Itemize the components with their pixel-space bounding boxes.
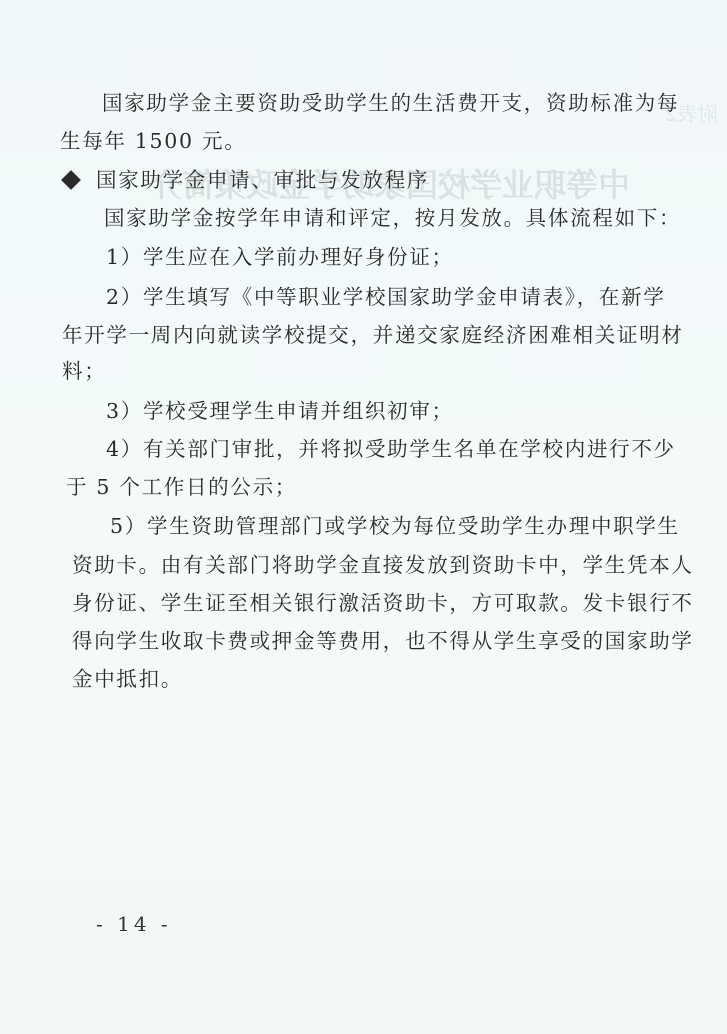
step-4-line-2: 于 5 个工作日的公示； — [66, 470, 297, 500]
document-page: 附表2 中等职业学校国家助学金政策简介 国家助学金主要资助受助学生的生活费开支，… — [0, 0, 727, 1034]
step-2-line-3: 料； — [62, 354, 106, 384]
step-5-line-5: 金中抵扣。 — [72, 662, 183, 692]
step-1: 1）学生应在入学前办理好身份证； — [106, 240, 454, 270]
step-5-line-4: 得向学生收取卡费或押金等费用，也不得从学生享受的国家助学 — [72, 624, 694, 654]
section-heading: 国家助学金申请、审批与发放程序 — [64, 163, 429, 193]
page-number: - 14 - — [96, 912, 172, 936]
step-2-line-2: 年开学一周内向就读学校提交，并递交家庭经济困难相关证明材 — [62, 318, 684, 348]
step-3: 3）学校受理学生申请并组织初审； — [106, 394, 454, 424]
step-5-line-1: 5）学生资助管理部门或学校为每位受助学生办理中职学生 — [110, 509, 680, 539]
section-heading-text: 国家助学金申请、审批与发放程序 — [96, 168, 429, 192]
paragraph-1-line-2: 生每年 1500 元。 — [60, 124, 246, 154]
paragraph-1-line-1: 国家助学金主要资助受助学生的生活费开支，资助标准为每 — [102, 86, 679, 116]
step-4-line-1: 4）有关部门审批，并将拟受助学生名单在学校内进行不少 — [106, 432, 676, 462]
diamond-bullet-icon — [61, 170, 81, 190]
step-2-line-1: 2）学生填写《中等职业学校国家助学金申请表》，在新学 — [106, 280, 666, 310]
intro-text: 国家助学金按学年申请和评定，按月发放。具体流程如下： — [104, 201, 681, 231]
step-5-line-3: 身份证、学生证至相关银行激活资助卡，方可取款。发卡银行不 — [72, 586, 694, 616]
step-5-line-2: 资助卡。由有关部门将助学金直接发放到资助卡中，学生凭本人 — [72, 548, 694, 578]
